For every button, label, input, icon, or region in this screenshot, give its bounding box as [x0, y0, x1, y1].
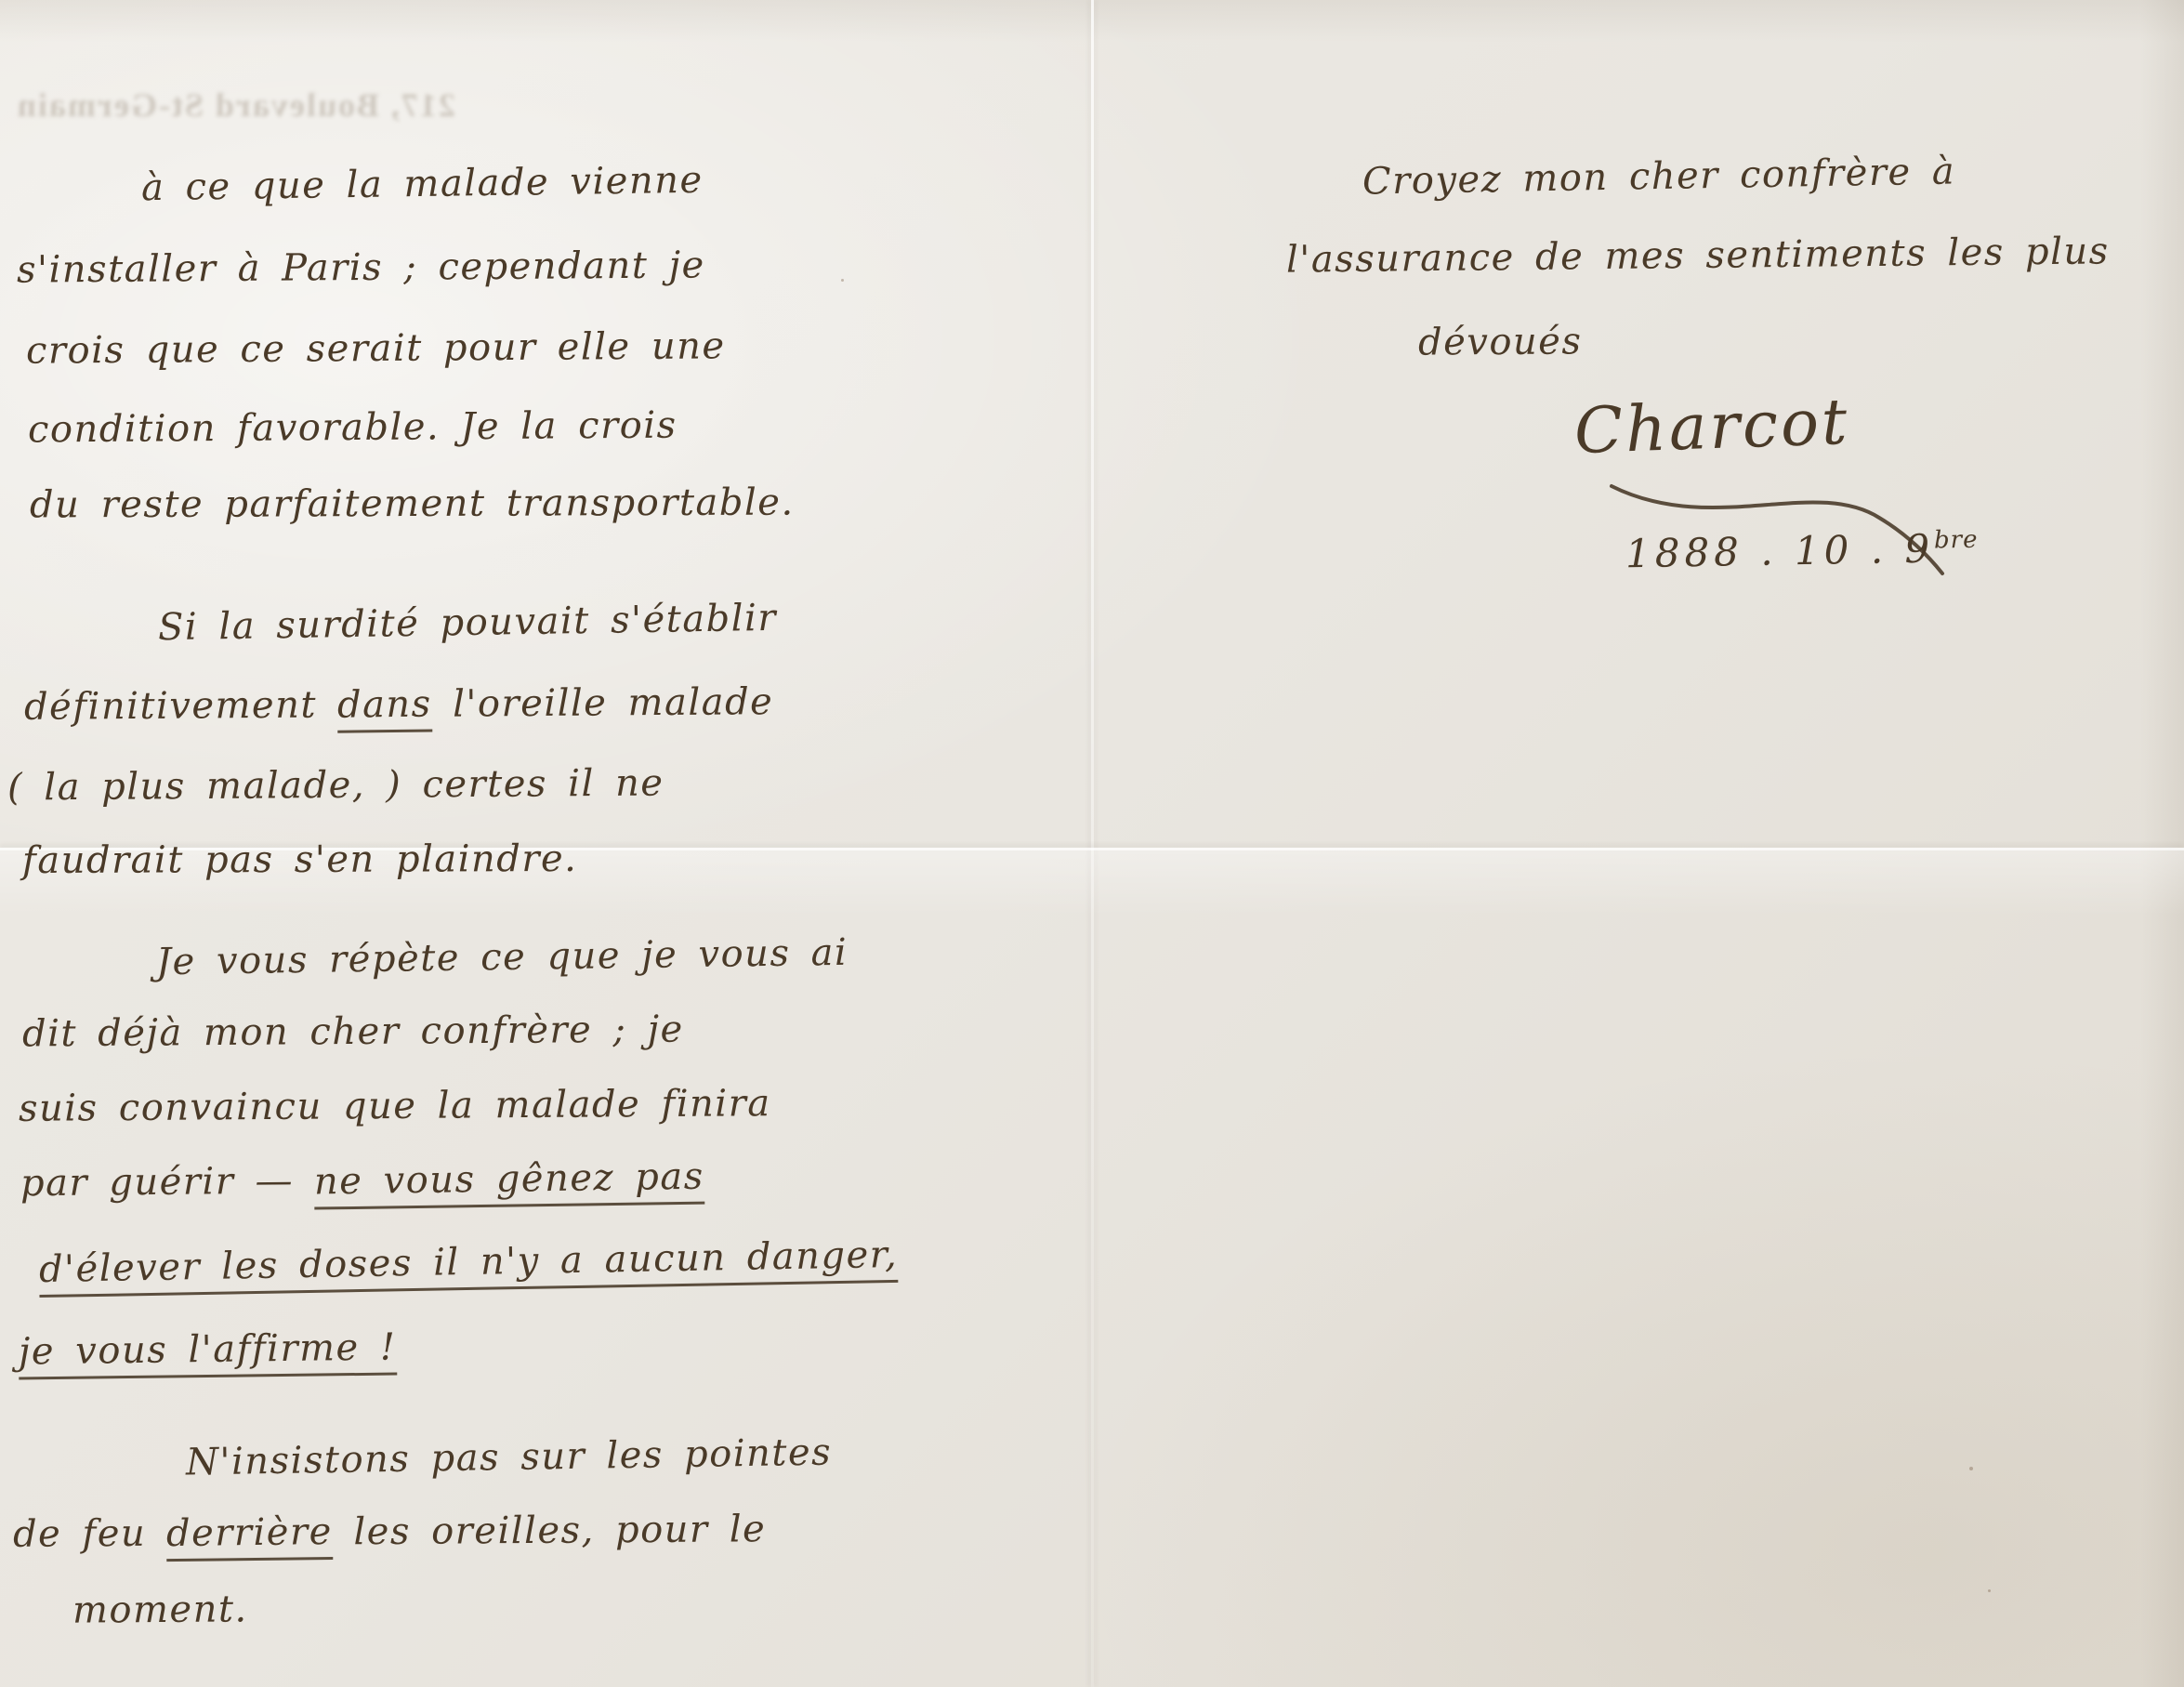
letter-line: N'insistons pas sur les pointes	[186, 1434, 833, 1482]
right-page: Croyez mon cher confrère à l'assurance d…	[1091, 0, 2184, 1687]
letter-line: faudrait pas s'en plaindre.	[22, 840, 577, 879]
letter-line: du reste parfaitement transportable.	[30, 484, 795, 524]
signature: Charcot	[1573, 386, 1851, 468]
letter-line: s'installer à Paris ; cependant je	[17, 246, 705, 288]
letter-line: par guérir — ne vous gênez pas	[20, 1159, 705, 1211]
letter-line: crois que ce serait pour elle une	[26, 327, 726, 369]
date-suffix: bre	[1934, 526, 1979, 555]
letter-line: définitivement dans l'oreille malade	[24, 683, 774, 735]
letter-line: condition favorable. Je la crois	[28, 407, 678, 449]
left-page: 217, Boulevard St-Germain à ce que la ma…	[0, 0, 1091, 1687]
closing-line: dévoués	[1418, 323, 1583, 361]
closing-line: l'assurance de mes sentiments les plus	[1286, 232, 2110, 278]
date: 1888 . 10 . 9bre	[1625, 525, 1979, 577]
letter-line: Si la surdité pouvait s'établir	[158, 600, 777, 646]
letter-line: d'élever les doses il n'y a aucun danger…	[39, 1238, 899, 1295]
letterhead-showthrough: 217, Boulevard St-Germain	[65, 86, 455, 125]
closing-line: Croyez mon cher confrère à	[1362, 152, 1956, 200]
letter-sheet: 217, Boulevard St-Germain à ce que la ma…	[0, 0, 2184, 1687]
letter-line: à ce que la malade vienne	[141, 162, 704, 206]
letter-line: moment.	[72, 1590, 248, 1628]
letter-line: Je vous répète ce que je vous ai	[156, 934, 849, 981]
letter-line: suis convaincu que la malade finira	[19, 1085, 771, 1127]
letter-line: je vous l'affirme !	[19, 1330, 397, 1379]
letter-line: ( la plus malade, ) certes il ne	[7, 765, 664, 807]
letter-line: dit déjà mon cher confrère ; je	[22, 1011, 684, 1053]
letter-line: de feu derrière les oreilles, pour le	[13, 1510, 767, 1562]
